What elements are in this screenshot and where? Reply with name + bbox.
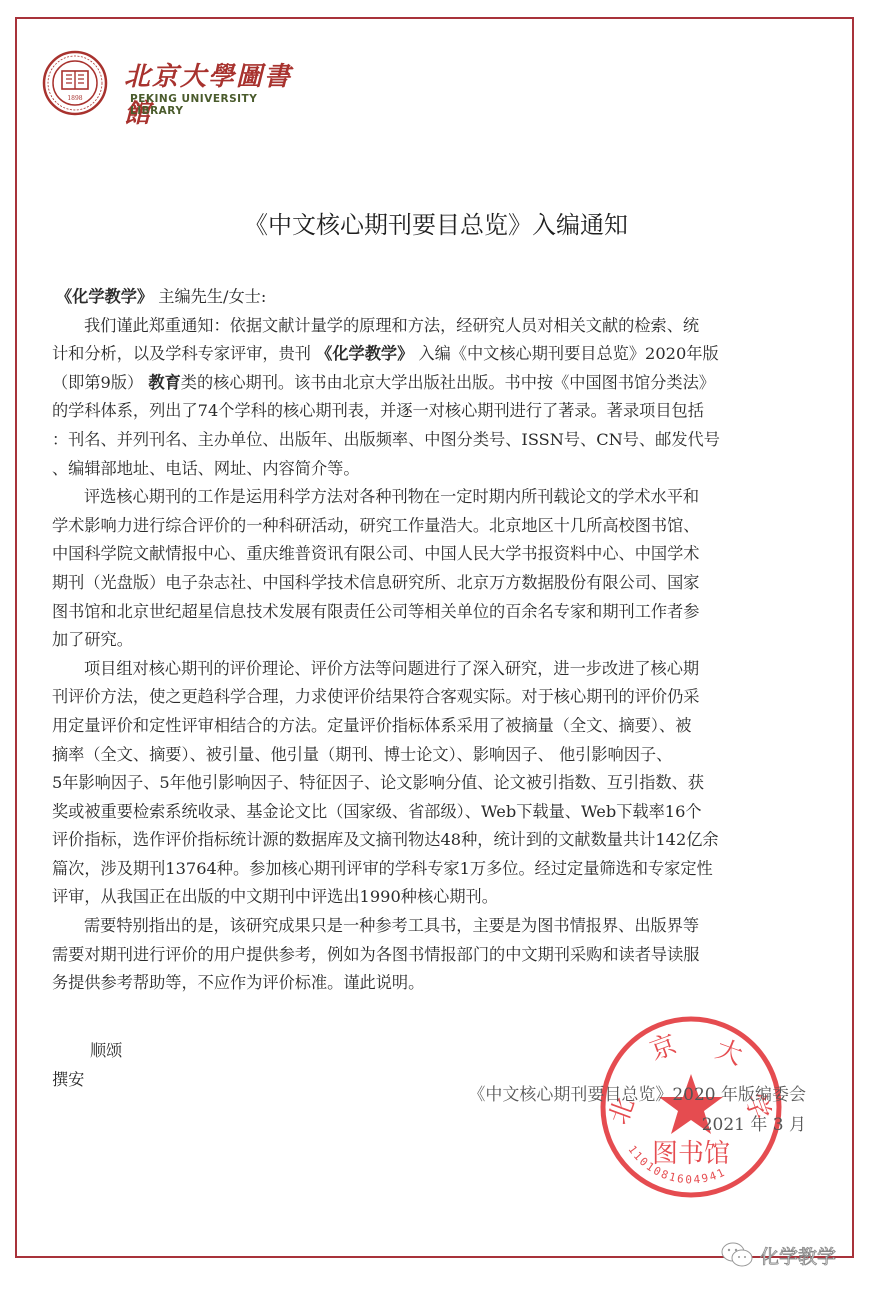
svg-text:1898: 1898: [67, 95, 82, 102]
category-name: 教育: [148, 373, 180, 392]
paragraph-notice: 我们谨此郑重通知：依据文献计量学的原理和方法，经研究人员对相关文献的检索、统 计…: [52, 312, 812, 484]
wechat-watermark: 化学教学: [720, 1238, 836, 1272]
library-seal-icon: 1898: [42, 50, 108, 116]
salutation: 《化学教学》 主编先生/女士:: [52, 283, 812, 312]
journal-name: 《化学教学》: [56, 287, 153, 306]
logo-english-name: PEKING UNIVERSITY LIBRARY: [130, 93, 312, 117]
pku-library-logo: 1898 北京大學圖書館 PEKING UNIVERSITY LIBRARY: [42, 50, 312, 120]
paragraph-selection-work: 评选核心期刊的工作是运用科学方法对各种刊物在一定时期内所刊载论文的学术水平和 学…: [52, 483, 812, 655]
document-title: 《中文核心期刊要目总览》入编通知: [0, 205, 872, 240]
svg-text:大: 大: [712, 1034, 747, 1071]
paragraph-evaluation-method: 项目组对核心期刊的评价理论、评价方法等问题进行了深入研究，进一步改进了核心期 刊…: [52, 655, 812, 912]
paragraph-disclaimer: 需要特别指出的是，该研究成果只是一种参考工具书，主要是为图书情报界、出版界等 需…: [52, 912, 812, 998]
signature-date: 2021 年 3 月: [702, 1110, 806, 1135]
journal-name-inline: 《化学教学》: [316, 344, 413, 363]
svg-text:京: 京: [646, 1029, 681, 1066]
svg-text:图书馆: 图书馆: [652, 1139, 730, 1169]
signature-organization: 《中文核心期刊要目总览》2020 年版编委会: [468, 1080, 806, 1105]
letter-body: 《化学教学》 主编先生/女士: 我们谨此郑重通知：依据文献计量学的原理和方法，经…: [52, 283, 812, 998]
closing-line-2: 撰安: [52, 1066, 84, 1090]
watermark-label: 化学教学: [760, 1242, 836, 1269]
official-red-stamp-icon: 京 大 北 学 图书馆 1101081604941: [596, 1012, 786, 1202]
closing-line-1: 顺颂: [90, 1037, 122, 1061]
wechat-icon: [720, 1241, 754, 1269]
